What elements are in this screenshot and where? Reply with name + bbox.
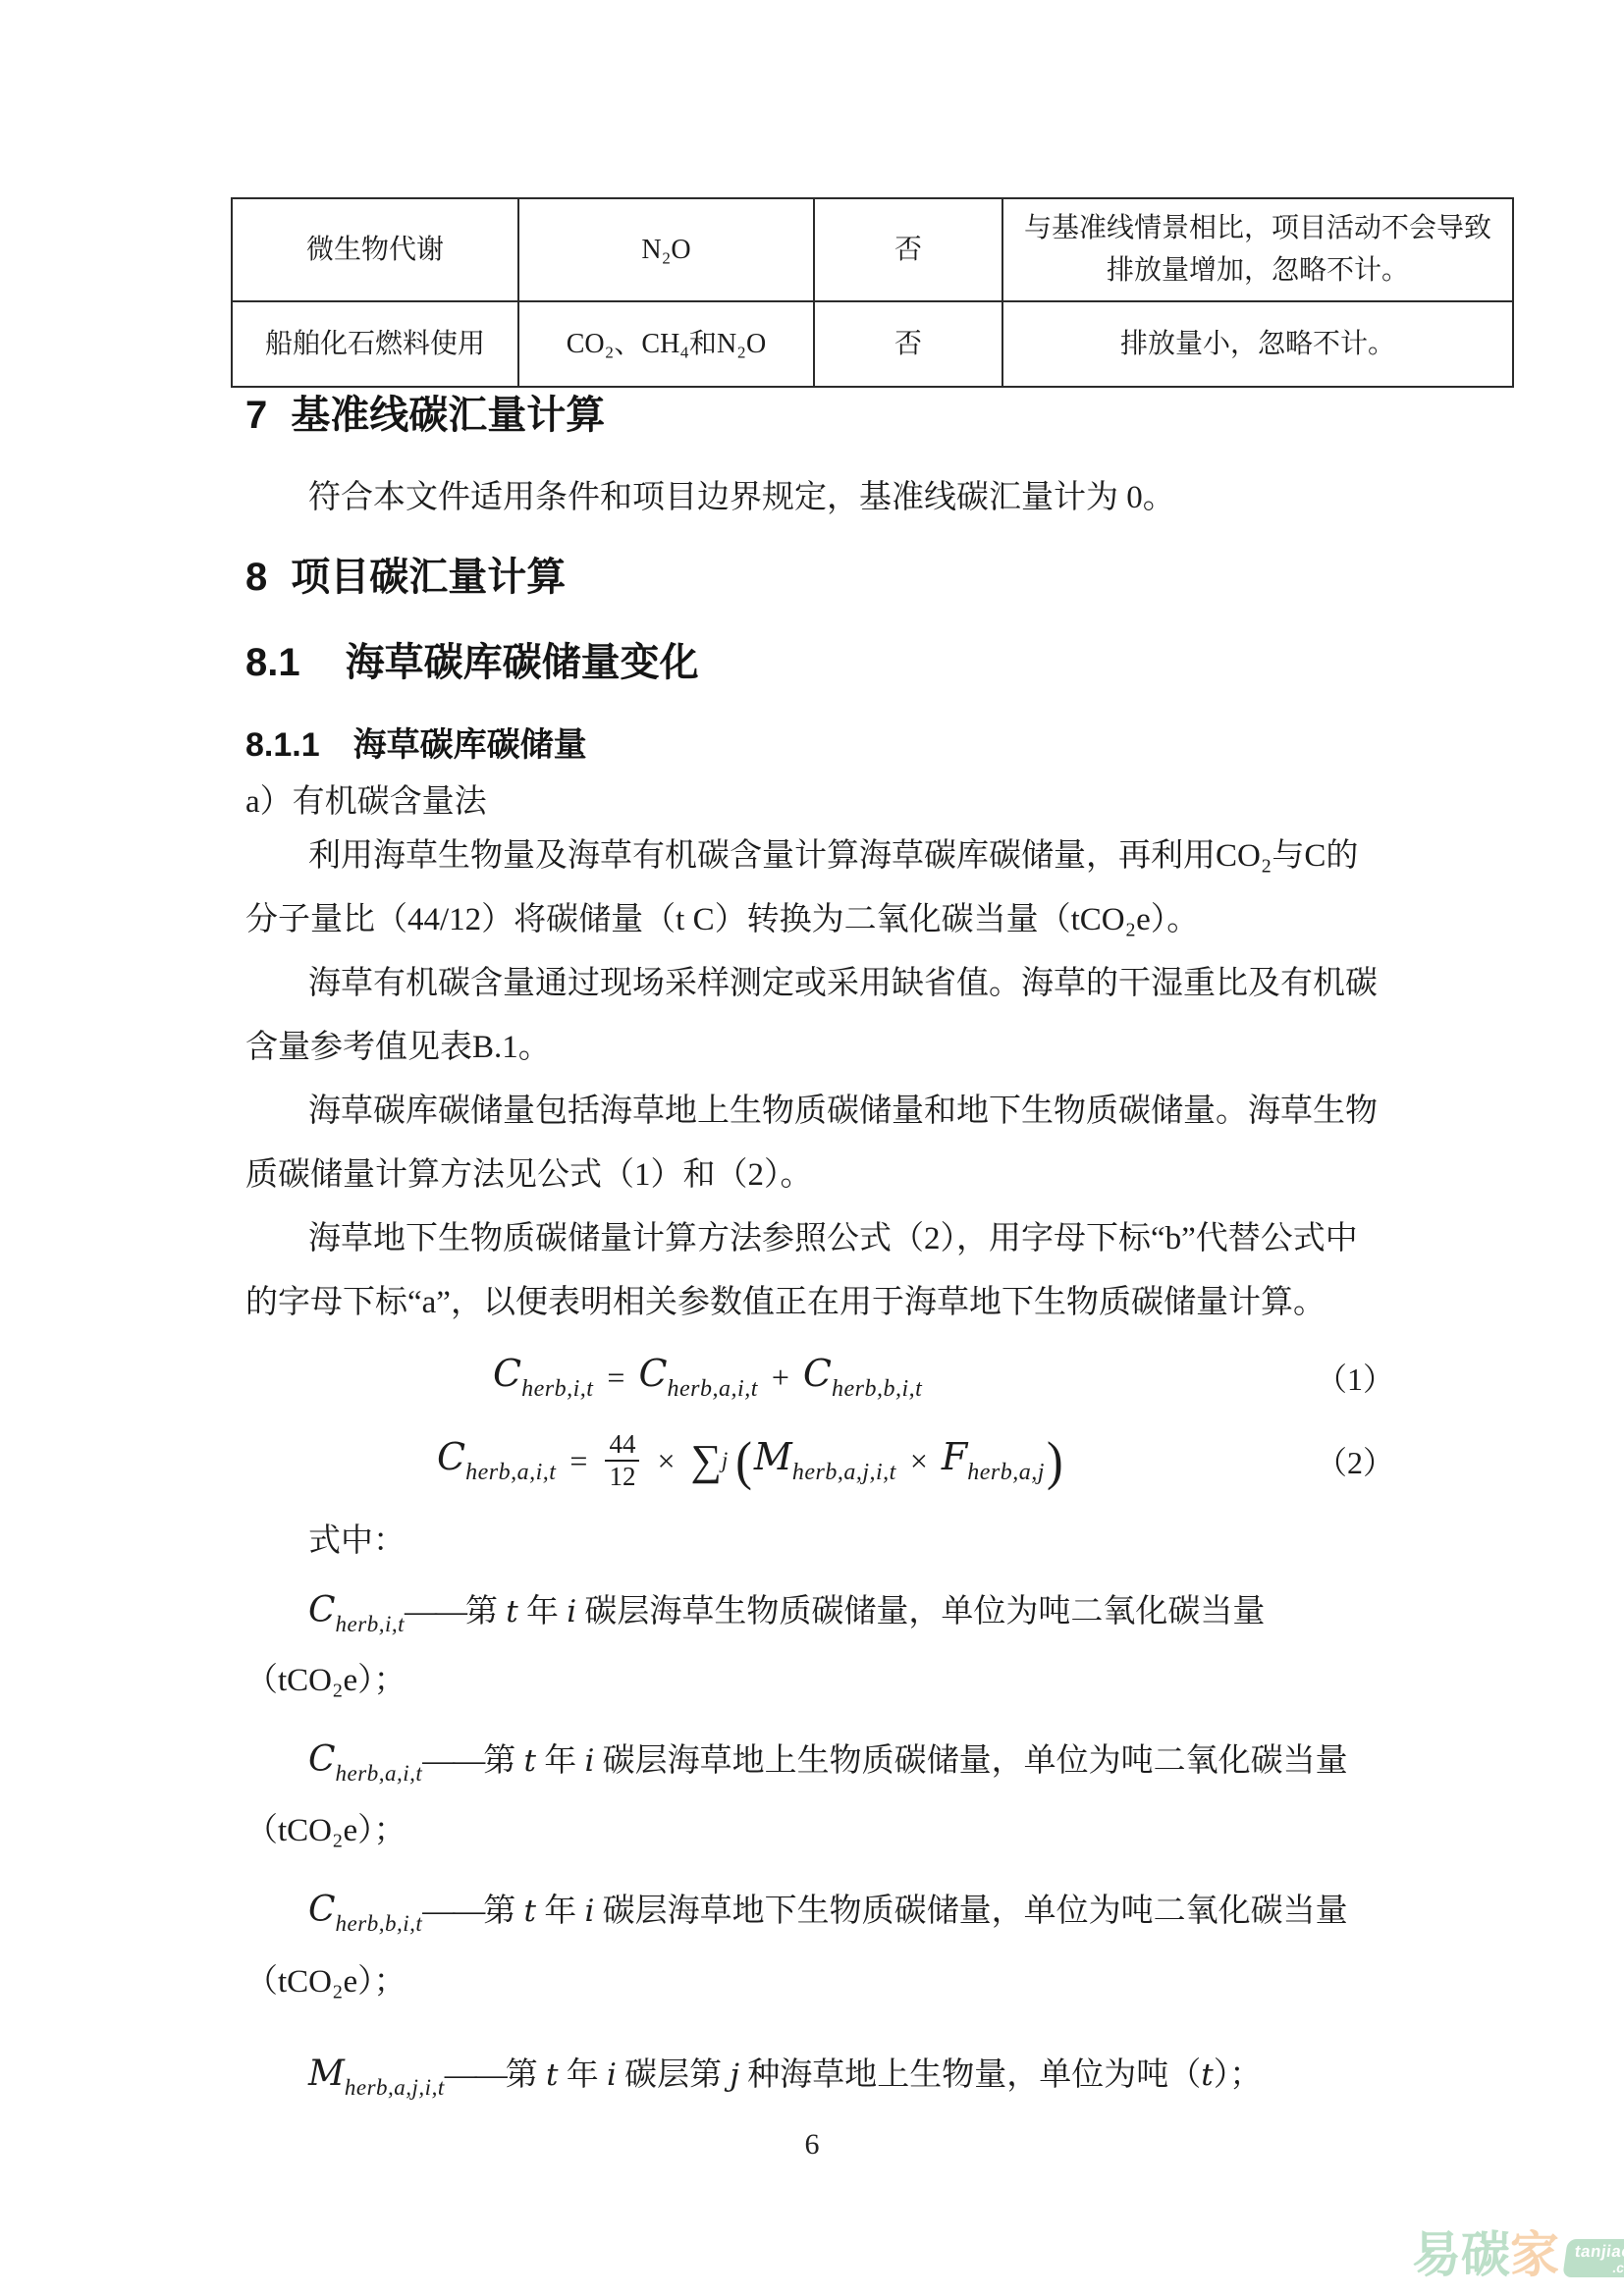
table-cell-gas: CO₂、CH₄和N₂O	[518, 301, 814, 387]
watermark-badge: tanjiaoyi .com	[1562, 2239, 1624, 2277]
formula-term: Cherb,b,i,t	[803, 1352, 922, 1403]
paragraph-line: 含量参考值见表B.1。	[245, 1028, 551, 1068]
formula-term: Cherb,a,i,t	[638, 1352, 757, 1403]
equation-number: （2）	[1316, 1438, 1394, 1483]
section-8-1-heading: 8.1海草碳库碳储量变化	[245, 640, 699, 685]
table-cell-source: 船舶化石燃料使用	[232, 301, 518, 387]
definition-wrap-line: （tCO₂e）；	[245, 1811, 406, 1851]
watermark-char: 易	[1412, 2230, 1461, 2279]
paragraph-line: 质碳储量计算方法见公式（1）和（2）。	[245, 1155, 813, 1196]
paragraph-line: 海草地下生物质碳储量计算方法参照公式（2），用字母下标“b”代替公式中	[308, 1219, 1358, 1259]
section-number: 8	[245, 555, 267, 600]
sum-index: j	[722, 1448, 728, 1473]
definition-line: Mherb,a,j,i,t——第 t 年 i 碳层第 j 种海草地上生物量，单位…	[308, 2052, 1262, 2103]
section-title: 项目碳汇量计算	[291, 556, 566, 599]
section-title: 海草碳库碳储量变化	[346, 641, 699, 684]
equation-number: （1）	[1316, 1355, 1394, 1400]
equals-sign: =	[569, 1443, 587, 1479]
definition-wrap-line: （tCO₂e）；	[245, 1962, 406, 2002]
formula-term: Fherb,a,j	[942, 1435, 1045, 1486]
paragraph-line: 的字母下标“a”，以便表明相关参数值正在用于海草地下生物质碳储量计算。	[245, 1283, 1326, 1323]
watermark-char: 家	[1510, 2230, 1559, 2279]
watermark-badge-domain: .com	[1572, 2261, 1624, 2274]
formula-2: Cherb,a,i,t = 44 12 × ∑ j ( Mherb,a,j,i,…	[245, 1418, 1394, 1503]
section-7-heading: 7基准线碳汇量计算	[245, 393, 605, 438]
fraction: 44 12	[605, 1431, 639, 1490]
section-8-heading: 8项目碳汇量计算	[245, 555, 566, 600]
section-number: 7	[245, 393, 267, 438]
left-paren: (	[735, 1434, 752, 1488]
equals-sign: =	[607, 1360, 624, 1396]
watermark-logo: 易 碳 家 tanjiaoyi .com	[1412, 2230, 1624, 2279]
list-item-a: a）有机碳含量法	[245, 782, 487, 823]
document-page: 微生物代谢 N₂O 否 与基准线情景相比，项目活动不会导致排放量增加，忽略不计。…	[0, 0, 1624, 2296]
formula-term: Mherb,a,j,i,t	[754, 1435, 896, 1486]
right-paren: )	[1047, 1434, 1063, 1488]
definition-line: Cherb,b,i,t——第 t 年 i 碳层海草地下生物质碳储量，单位为吨二氧…	[308, 1888, 1348, 1939]
definition-line: Cherb,i,t——第 t 年 i 碳层海草生物质碳储量，单位为吨二氧化碳当量	[308, 1588, 1265, 1639]
paragraph-line: 分子量比（44/12）将碳储量（t C）转换为二氧化碳当量（tCO₂e）。	[245, 900, 1199, 940]
table-row: 船舶化石燃料使用 CO₂、CH₄和N₂O 否 排放量小，忽略不计。	[232, 301, 1513, 387]
section-title: 基准线碳汇量计算	[291, 394, 605, 437]
definition-line: Cherb,a,i,t——第 t 年 i 碳层海草地上生物质碳储量，单位为吨二氧…	[308, 1737, 1348, 1789]
paragraph-line: 海草碳库碳储量包括海草地上生物质碳储量和地下生物质碳储量。海草生物	[308, 1092, 1378, 1132]
watermark-badge-text: tanjiaoyi	[1574, 2243, 1624, 2260]
table-cell-note: 与基准线情景相比，项目活动不会导致排放量增加，忽略不计。	[1002, 198, 1513, 301]
formula-term: Cherb,a,i,t	[437, 1435, 556, 1486]
table-row: 微生物代谢 N₂O 否 与基准线情景相比，项目活动不会导致排放量增加，忽略不计。	[232, 198, 1513, 301]
where-label: 式中：	[308, 1522, 406, 1562]
table-cell-included: 否	[814, 301, 1002, 387]
fraction-numerator: 44	[605, 1431, 639, 1462]
times-sign: ×	[657, 1443, 675, 1479]
section-number: 8.1.1	[245, 726, 320, 765]
paragraph-line: 利用海草生物量及海草有机碳含量计算海草碳库碳储量，再利用CO₂与C的	[308, 836, 1358, 877]
page-number: 6	[0, 2128, 1624, 2162]
table-cell-gas: N₂O	[518, 198, 814, 301]
emission-sources-table: 微生物代谢 N₂O 否 与基准线情景相比，项目活动不会导致排放量增加，忽略不计。…	[231, 197, 1514, 388]
sum-symbol: ∑	[691, 1439, 722, 1482]
formula-1: Cherb,i,t = Cherb,a,i,t + Cherb,b,i,t （1…	[245, 1347, 1394, 1408]
fraction-denominator: 12	[609, 1462, 635, 1490]
paragraph-line: 符合本文件适用条件和项目边界规定，基准线碳汇量计为 0。	[308, 478, 1175, 518]
section-title: 海草碳库碳储量	[353, 726, 587, 764]
plus-sign: +	[772, 1360, 789, 1396]
watermark-char: 碳	[1461, 2230, 1510, 2279]
table-cell-source: 微生物代谢	[232, 198, 518, 301]
section-number: 8.1	[245, 640, 300, 685]
definition-wrap-line: （tCO₂e）；	[245, 1661, 406, 1701]
formula-term: Cherb,i,t	[493, 1352, 593, 1403]
section-8-1-1-heading: 8.1.1海草碳库碳储量	[245, 726, 587, 765]
table-cell-included: 否	[814, 198, 1002, 301]
paragraph-line: 海草有机碳含量通过现场采样测定或采用缺省值。海草的干湿重比及有机碳	[308, 964, 1378, 1004]
times-sign: ×	[910, 1443, 928, 1479]
table-cell-note: 排放量小，忽略不计。	[1002, 301, 1513, 387]
